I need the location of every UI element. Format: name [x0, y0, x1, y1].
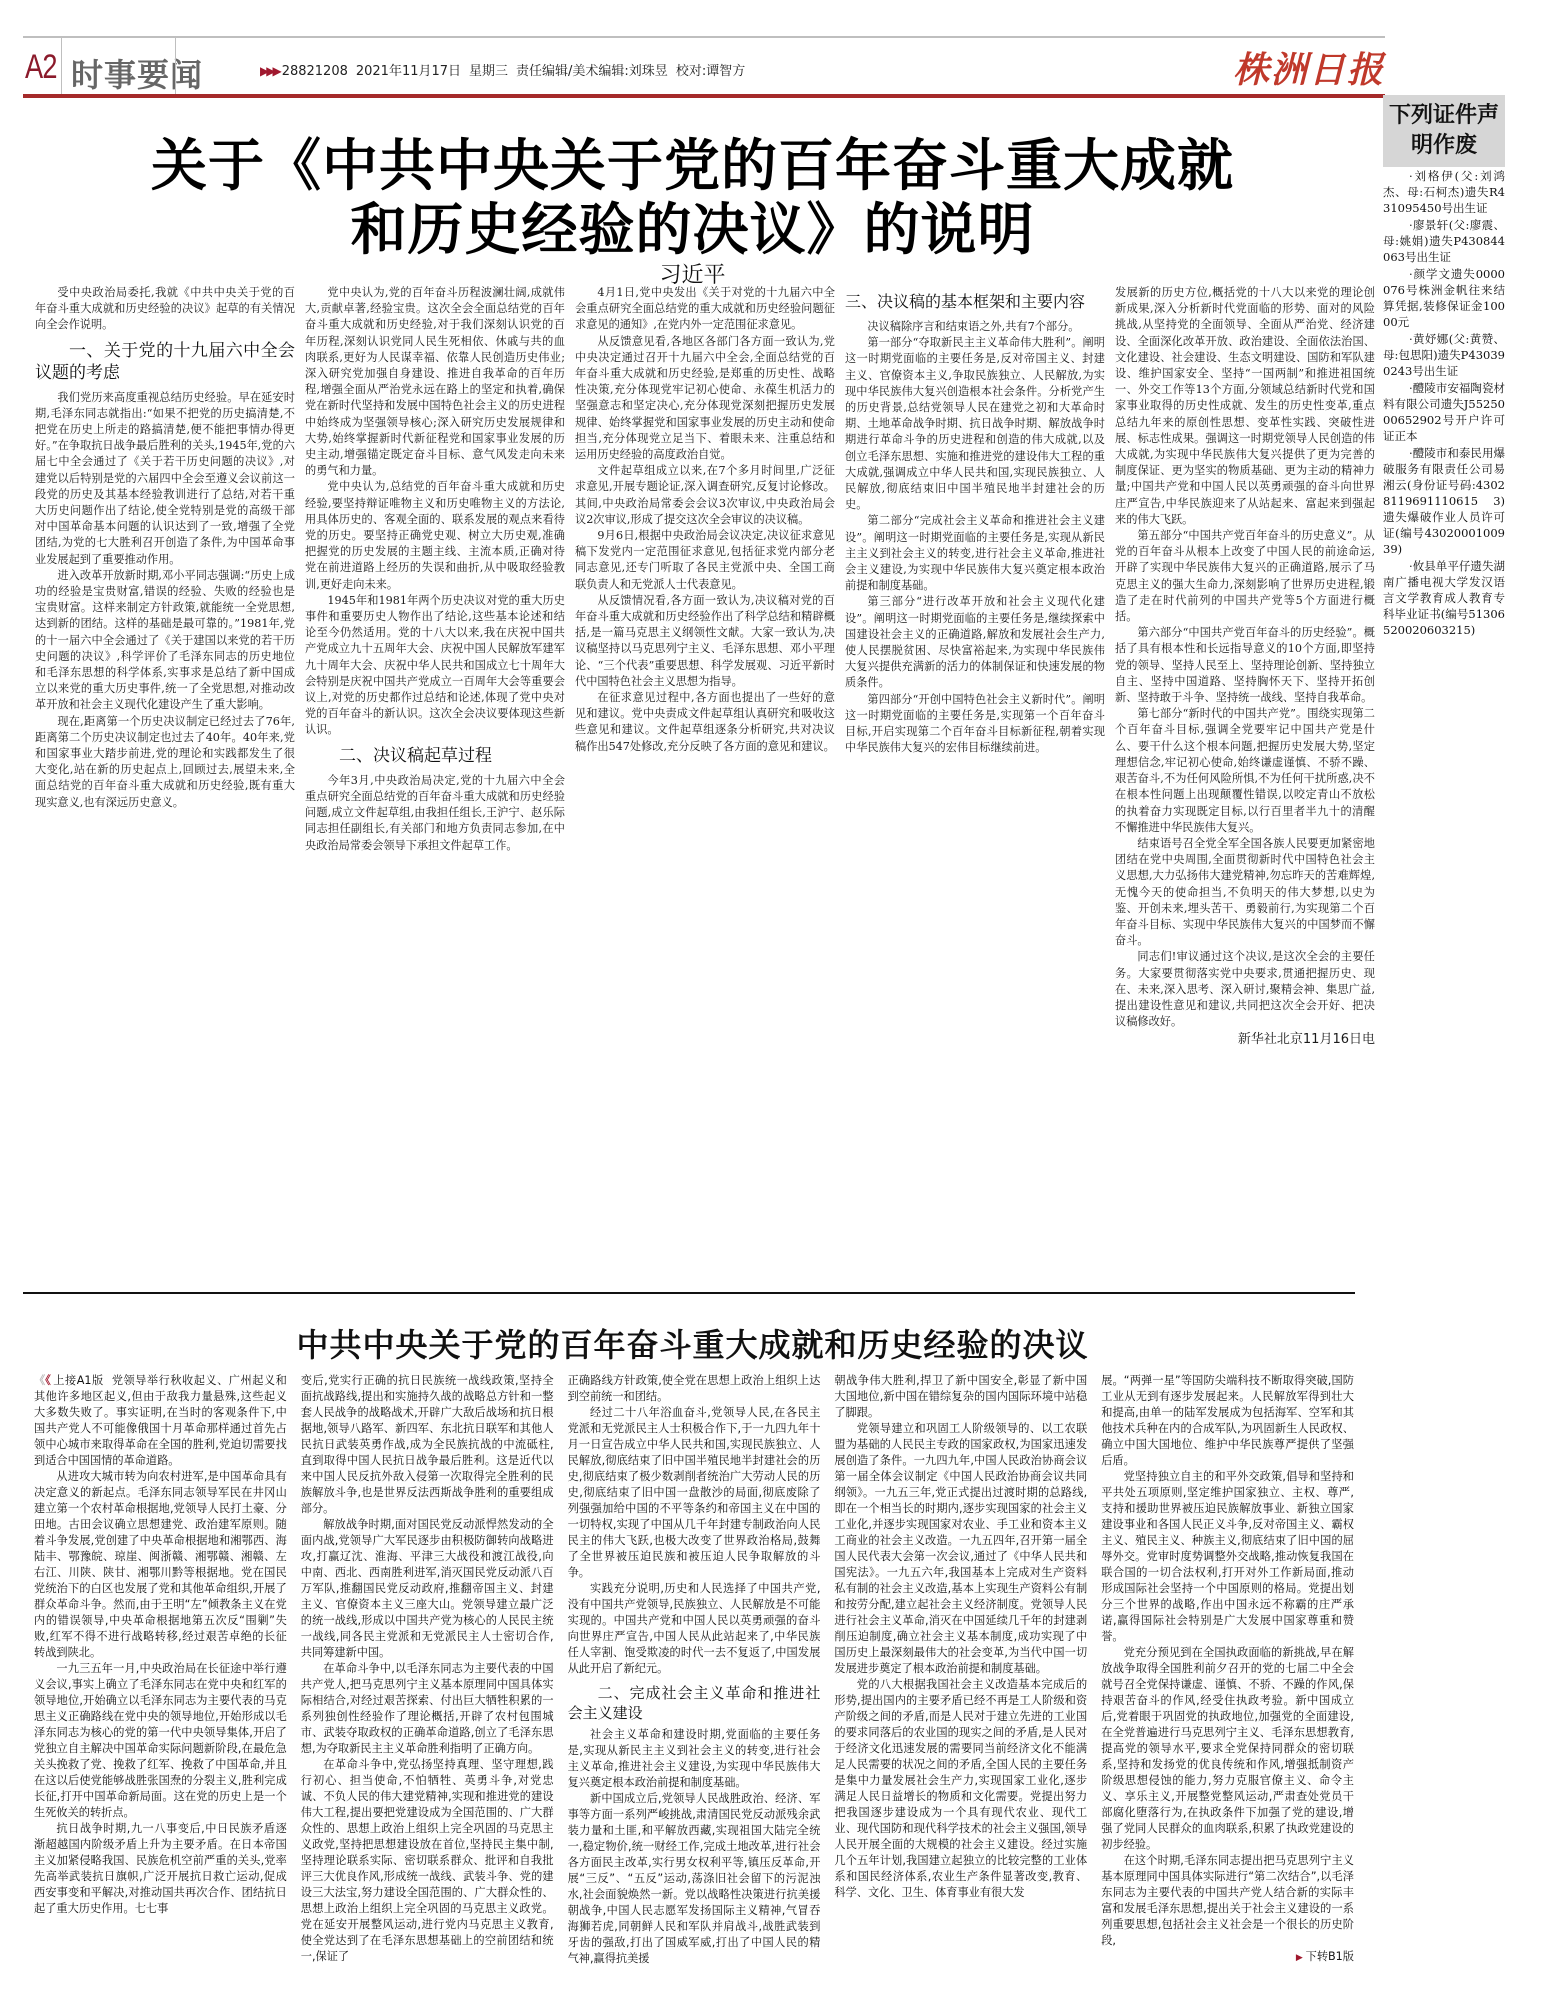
article-column: 正确路线方针政策,使全党在思想上政治上组织上达到空前统一和团结。 经过二十八年浴…	[568, 1373, 821, 1998]
paragraph: 党的八大根据我国社会主义改造基本完成后的形势,提出国内的主要矛盾已经不再是工人阶…	[834, 1677, 1087, 1901]
page-number: A2	[25, 48, 57, 87]
continued-from-link[interactable]: 上接A1版	[53, 1374, 104, 1387]
resolution-title: 中共中央关于党的百年奋斗重大成就和历史经验的决议	[0, 1320, 1385, 1366]
paragraph: 展。“两弹一星”等国防尖端科技不断取得突破,国防工业从无到有逐步发展起来。人民解…	[1101, 1373, 1354, 1469]
paragraph: 第六部分“中国共产党百年奋斗的历史经验”。概括了具有根本性和长远指导意义的10个…	[1115, 625, 1375, 706]
paragraph: 从进攻大城市转为向农村进军,是中国革命具有决定意义的新起点。毛泽东同志领导军民在…	[34, 1469, 287, 1661]
paragraph: 《《上接A1版 党领导举行秋收起义、广州起义和其他许多地区起义,但由于敌我力量悬…	[34, 1373, 287, 1469]
jump-to-link[interactable]: 下转B1版	[1101, 1949, 1354, 1966]
paragraph: 党坚持独立自主的和平外交政策,倡导和坚持和平共处五项原则,坚定维护国家独立、主权…	[1101, 1469, 1354, 1645]
article-column: 朝战争伟大胜利,捍卫了新中国安全,彰显了新中国大国地位,新中国在错综复杂的国内国…	[834, 1373, 1087, 1998]
paragraph: 变后,党实行正确的抗日民族统一战线政策,坚持全面抗战路线,提出和实施持久战的战略…	[301, 1373, 554, 1517]
paragraph: 在征求意见过程中,各方面也提出了一些好的意见和建议。党中央责成文件起草组认真研究…	[575, 690, 835, 755]
notice-item: ·刘格伊(父:刘鸿杰、母:石柯杰)遗失R431095450号出生证	[1383, 168, 1505, 216]
paragraph: 第一部分“夺取新民主主义革命伟大胜利”。阐明这一时期党面临的主要任务是,反对帝国…	[845, 335, 1105, 513]
paragraph: 决议稿除序言和结束语之外,共有7个部分。	[845, 319, 1105, 335]
paragraph: 在革命斗争中,以毛泽东同志为主要代表的中国共产党人,把马克思列宁主义基本原理同中…	[301, 1661, 554, 1757]
divider	[61, 38, 62, 94]
article-column: 变后,党实行正确的抗日民族统一战线政策,坚持全面抗战路线,提出和实施持久战的战略…	[301, 1373, 554, 1998]
issue-meta: ▶▶▶288212082021年11月17日星期三责任编辑/美术编辑:刘珠昱校对…	[260, 60, 753, 79]
article-title-line2: 和历史经验的决议》的说明	[0, 186, 1385, 266]
paragraph: 受中央政治局委托,我就《中共中央关于党的百年奋斗重大成就和历史经验的决议》起草的…	[35, 285, 295, 334]
weekday: 星期三	[469, 64, 508, 79]
paragraph: 4月1日,党中央发出《关于对党的十九届六中全会重点研究全面总结党的重大成就和历史…	[575, 285, 835, 334]
paragraph: 结束语号召全党全军全国各族人民要更加紧密地团结在党中央周围,全面贯彻新时代中国特…	[1115, 836, 1375, 949]
paragraph: 实践充分说明,历史和人民选择了中国共产党,没有中国共产党领导,民族独立、人民解放…	[568, 1581, 821, 1677]
paragraph: 朝战争伟大胜利,捍卫了新中国安全,彰显了新中国大国地位,新中国在错综复杂的国内国…	[834, 1373, 1087, 1421]
article-body: 受中央政治局委托,我就《中共中央关于党的百年奋斗重大成就和历史经验的决议》起草的…	[35, 285, 1375, 1285]
paragraph: 今年3月,中央政治局决定,党的十九届六中全会重点研究全面总结党的百年奋斗重大成就…	[305, 773, 565, 854]
paragraph: 我们党历来高度重视总结历史经验。早在延安时期,毛泽东同志就指出:“如果不把党的历…	[35, 390, 295, 568]
notices-heading: 下列证件声明作废	[1383, 95, 1505, 167]
void-notices-sidebar: 下列证件声明作废 ·刘格伊(父:刘鸿杰、母:石柯杰)遗失R431095450号出…	[1383, 95, 1505, 638]
paragraph: 党中央认为,总结党的百年奋斗重大成就和历史经验,要坚持辩证唯物主义和历史唯物主义…	[305, 479, 565, 592]
paragraph: 9月6日,根据中央政治局会议决定,决议征求意见稿下发党内一定范围征求意见,包括征…	[575, 528, 835, 593]
paragraph: 正确路线方针政策,使全党在思想上政治上组织上达到空前统一和团结。	[568, 1373, 821, 1405]
paragraph: 第七部分“新时代的中国共产党”。围绕实现第二个百年奋斗目标,强调全党要牢记中国共…	[1115, 706, 1375, 836]
newspaper-logo: 株洲日报	[1233, 42, 1385, 93]
section-name: 时事要闻	[71, 50, 203, 96]
proofreader: 校对:谭智方	[676, 64, 745, 79]
resolution-body: 《《上接A1版 党领导举行秋收起义、广州起义和其他许多地区起义,但由于敌我力量悬…	[34, 1373, 1354, 1998]
notice-item: ·醴陵市和泰民用爆破服务有限责任公司易湘云(身份证号码:430281196911…	[1383, 445, 1505, 557]
paragraph: 一九三五年一月,中央政治局在长征途中举行遵义会议,事实上确立了毛泽东同志在党中央…	[34, 1661, 287, 1821]
paragraph: 第二部分“完成社会主义革命和推进社会主义建设”。阐明这一时期党面临的主要任务是,…	[845, 513, 1105, 594]
paragraph: 第四部分“开创中国特色社会主义新时代”。阐明这一时期党面临的主要任务是,实现第一…	[845, 692, 1105, 757]
editors: 责任编辑/美术编辑:刘珠昱	[516, 64, 668, 79]
paragraph: 党领导建立和巩固工人阶级领导的、以工农联盟为基础的人民民主专政的国家政权,为国家…	[834, 1421, 1087, 1677]
paragraph-text: 党领导举行秋收起义、广州起义和其他许多地区起义,但由于敌我力量悬殊,这些起义大多…	[34, 1374, 287, 1467]
section-heading: 二、完成社会主义革命和推进社会主义建设	[568, 1683, 821, 1723]
article-divider	[23, 1292, 1355, 1294]
section-heading: 一、关于党的十九届六中全会议题的考虑	[35, 340, 295, 384]
notice-item: ·颜学文遗失0000076号株洲金帆往来结算凭据,装修保证金10000元	[1383, 266, 1505, 330]
masthead-rule	[23, 94, 1385, 98]
paragraph: 同志们!审议通过这个决议,是这次全会的主要任务。大家要贯彻落实党中央要求,贯通把…	[1115, 949, 1375, 1030]
divider	[175, 38, 176, 94]
dateline: 新华社北京11月16日电	[1115, 1032, 1375, 1048]
paragraph: 第五部分“中国共产党百年奋斗的历史意义”。从党的百年奋斗从根本上改变了中国人民的…	[1115, 528, 1375, 625]
paragraph: 新中国成立后,党领导人民战胜政治、经济、军事等方面一系列严峻挑战,肃清国民党反动…	[568, 1791, 821, 1967]
paragraph: 发展新的历史方位,概括党的十八大以来党的理论创新成果,深入分析新时代党面临的形势…	[1115, 285, 1375, 528]
paragraph: 现在,距离第一个历史决议制定已经过去了76年,距离第二个历史决议制定也过去了40…	[35, 714, 295, 811]
paragraph: 在革命斗争中,党弘扬坚持真理、坚守理想,践行初心、担当使命,不怕牺牲、英勇斗争,…	[301, 1757, 554, 1965]
article-column: 4月1日,党中央发出《关于对党的十九届六中全会重点研究全面总结党的重大成就和历史…	[575, 285, 835, 1285]
issue-date: 2021年11月17日	[356, 64, 461, 79]
paragraph: 从反馈意见看,各地区各部门各方面一致认为,党中央决定通过召开十九届六中全会,全面…	[575, 334, 835, 464]
paragraph: 第三部分“进行改革开放和社会主义现代化建设”。阐明这一时期党面临的主要任务是,继…	[845, 594, 1105, 691]
phone-number: 28821208	[282, 64, 348, 79]
article-column: 党中央认为,党的百年奋斗历程波澜壮阔,成就伟大,贡献卓著,经验宝贵。这次全会全面…	[305, 285, 565, 1285]
paragraph: 党中央认为,党的百年奋斗历程波澜壮阔,成就伟大,贡献卓著,经验宝贵。这次全会全面…	[305, 285, 565, 479]
notice-item: ·廖景轩(父:廖震、母:姚娟)遗失P430844063号出生证	[1383, 217, 1505, 265]
section-heading: 二、决议稿起草过程	[305, 745, 565, 767]
article-column: 《《上接A1版 党领导举行秋收起义、广州起义和其他许多地区起义,但由于敌我力量悬…	[34, 1373, 287, 1998]
paragraph: 社会主义革命和建设时期,党面临的主要任务是,实现从新民主主义到社会主义的转变,进…	[568, 1727, 821, 1791]
article-column: 发展新的历史方位,概括党的十八大以来党的理论创新成果,深入分析新时代党面临的形势…	[1115, 285, 1375, 1285]
paragraph: 在这个时期,毛泽东同志提出把马克思列宁主义基本原理同中国具体实际进行“第二次结合…	[1101, 1853, 1354, 1949]
article-column: 三、决议稿的基本框架和主要内容 决议稿除序言和结束语之外,共有7个部分。 第一部…	[845, 285, 1105, 1285]
paragraph: 从反馈情况看,各方面一致认为,决议稿对党的百年奋斗重大成就和历史经验作出了科学总…	[575, 593, 835, 690]
article-column: 受中央政治局委托,我就《中共中央关于党的百年奋斗重大成就和历史经验的决议》起草的…	[35, 285, 295, 1285]
paragraph: 抗日战争时期,九一八事变后,中日民族矛盾逐渐超越国内阶级矛盾上升为主要矛盾。在日…	[34, 1821, 287, 1917]
triple-arrow-icon: ▶▶▶	[260, 64, 279, 78]
paragraph: 进入改革开放新时期,邓小平同志强调:“历史上成功的经验是宝贵财富,错误的经验、失…	[35, 568, 295, 714]
masthead: A2 时事要闻 ▶▶▶288212082021年11月17日星期三责任编辑/美术…	[23, 36, 1385, 98]
notice-item: ·攸县单平仔遗失湖南广播电视大学发汉语言文学教育成人教育专科毕业证书(编号513…	[1383, 558, 1505, 638]
paragraph: 党充分预见到在全国执政面临的新挑战,早在解放战争取得全国胜利前夕召开的党的七届二…	[1101, 1645, 1354, 1853]
continuation-icon: 《《	[34, 1373, 51, 1389]
paragraph: 文件起草组成立以来,在7个多月时间里,广泛征求意见,开展专题论证,深入调查研究,…	[575, 463, 835, 528]
paragraph: 经过二十八年浴血奋斗,党领导人民,在各民主党派和无党派民主人士积极合作下,于一九…	[568, 1405, 821, 1581]
paragraph: 1945年和1981年两个历史决议对党的重大历史事件和重要历史人物作出了结论,这…	[305, 593, 565, 739]
notice-item: ·醴陵市安福陶瓷材料有限公司遗失J5525000652902号开户许可证正本	[1383, 380, 1505, 444]
article-column: 展。“两弹一星”等国防尖端科技不断取得突破,国防工业从无到有逐步发展起来。人民解…	[1101, 1373, 1354, 1998]
notice-item: ·黄妤娜(父:黄赞、母:包思阳)遗失P430390243号出生证	[1383, 331, 1505, 379]
section-heading: 三、决议稿的基本框架和主要内容	[845, 291, 1105, 313]
paragraph: 解放战争时期,面对国民党反动派悍然发动的全面内战,党领导广大军民逐步由积极防御转…	[301, 1517, 554, 1661]
